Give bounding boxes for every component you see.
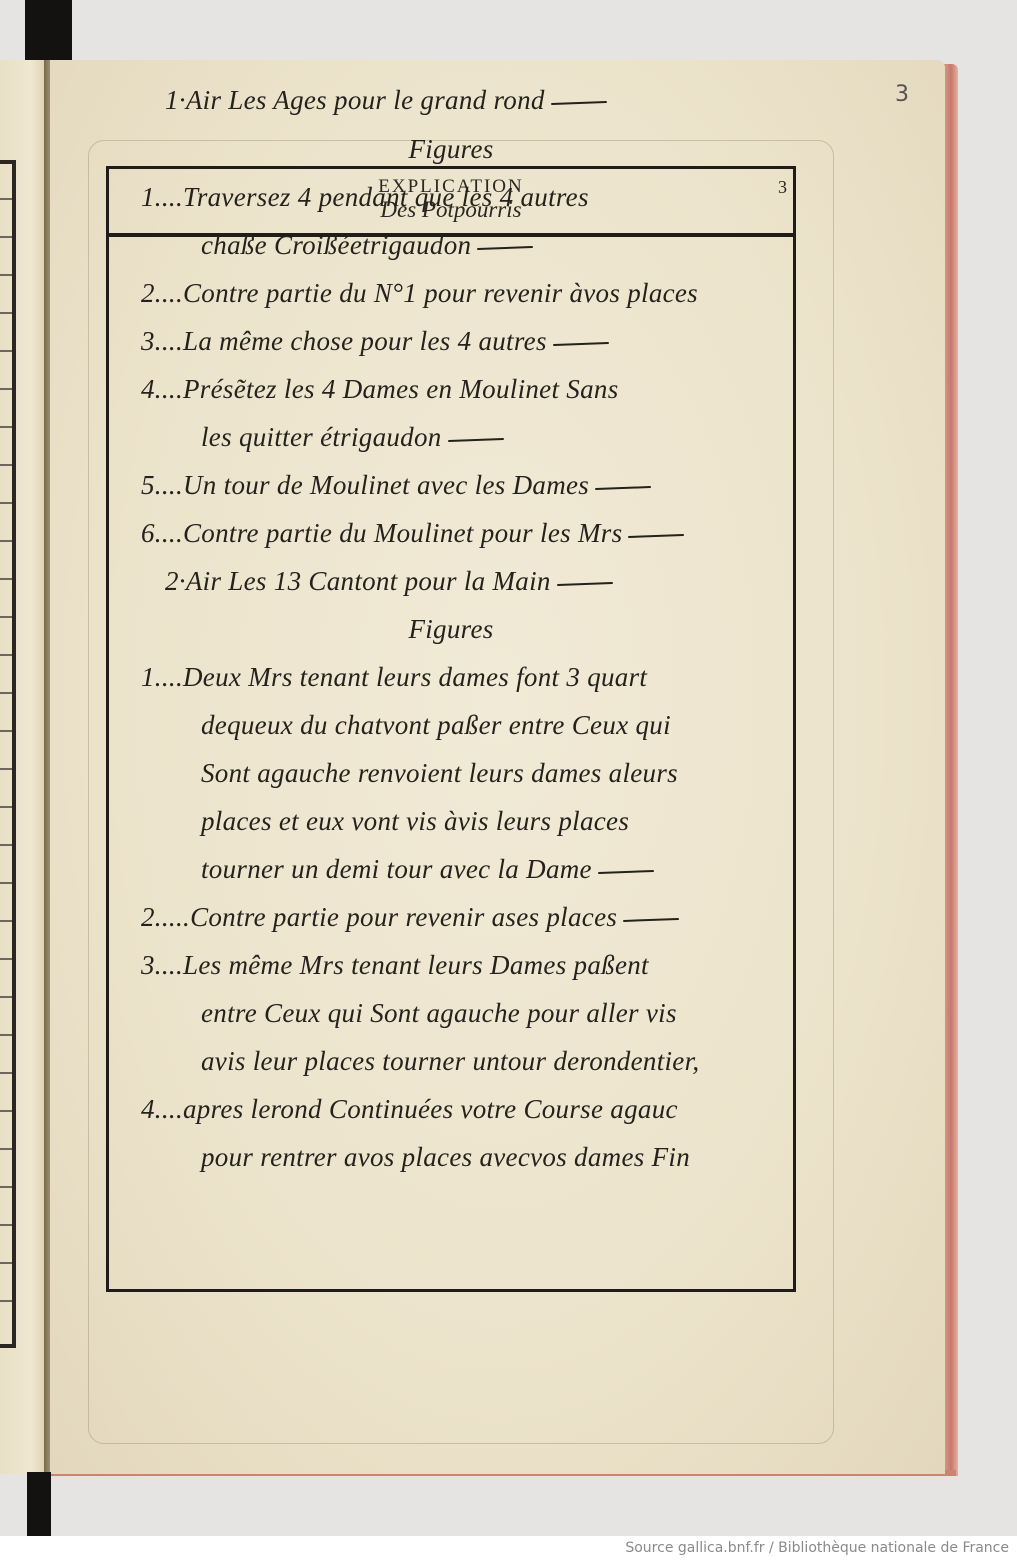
line-number: 2.....: [141, 902, 190, 933]
engraved-frame: EXPLICATION Des Potpourris 3 1·Air Les A…: [106, 166, 796, 1292]
line-number: 3....: [141, 950, 183, 981]
section-heading: Figures: [109, 134, 793, 165]
text-line: 3....Les même Mrs tenant leurs Dames paß…: [141, 950, 649, 981]
text-line: 2.....Contre partie pour revenir ases pl…: [141, 902, 679, 933]
line-number: 1·: [165, 85, 186, 116]
bookmark-ribbon-top: [25, 0, 72, 62]
text-line: pour rentrer avos places avecvos dames F…: [201, 1142, 690, 1173]
text-line: 1·Air Les Ages pour le grand rond: [165, 85, 607, 116]
line-number: 3....: [141, 326, 183, 357]
left-page-fragment: [0, 60, 45, 1474]
line-text: dequeux du chatvont paßer entre Ceux qui: [201, 710, 671, 740]
line-text: pour rentrer avos places avecvos dames F…: [201, 1142, 690, 1172]
plate-body: 1·Air Les Ages pour le grand rondFigures…: [109, 237, 793, 257]
line-text: Traversez 4 pendant que les 4 autres: [183, 182, 589, 212]
line-number: 1....: [141, 662, 183, 693]
text-line: chaße Croißéetrigaudon: [201, 230, 533, 261]
line-text: Figures: [408, 614, 493, 644]
plate-page-number: 3: [778, 177, 787, 198]
line-text: Contre partie pour revenir ases places: [190, 902, 617, 932]
line-text: entre Ceux qui Sont agauche pour aller v…: [201, 998, 677, 1028]
line-text: chaße Croißéetrigaudon: [201, 230, 471, 260]
text-line: 6....Contre partie du Moulinet pour les …: [141, 518, 684, 549]
line-text: tourner un demi tour avec la Dame: [201, 854, 592, 884]
text-line: 1....Deux Mrs tenant leurs dames font 3 …: [141, 662, 647, 693]
line-text: Présẽtez les 4 Dames en Moulinet Sans: [183, 374, 619, 404]
text-line: 5....Un tour de Moulinet avec les Dames: [141, 470, 651, 501]
line-number: 4....: [141, 1094, 183, 1125]
line-text: Air Les Ages pour le grand rond: [186, 85, 545, 115]
text-line: avis leur places tourner untour deronden…: [201, 1046, 699, 1077]
line-number: 2....: [141, 278, 183, 309]
text-line: 4....apres lerond Continuées votre Cours…: [141, 1094, 678, 1125]
line-text: Un tour de Moulinet avec les Dames: [183, 470, 589, 500]
line-number: 5....: [141, 470, 183, 501]
text-line: entre Ceux qui Sont agauche pour aller v…: [201, 998, 677, 1029]
line-number: 2·: [165, 566, 186, 597]
text-line: 2....Contre partie du N°1 pour revenir à…: [141, 278, 698, 309]
footer-bar: Source gallica.bnf.fr / Bibliothèque nat…: [0, 1536, 1017, 1566]
line-text: Sont agauche renvoient leurs dames aleur…: [201, 758, 678, 788]
text-line: tourner un demi tour avec la Dame: [201, 854, 654, 885]
text-line: Sont agauche renvoient leurs dames aleur…: [201, 758, 678, 789]
line-number: 1....: [141, 182, 183, 213]
line-text: les quitter étrigaudon: [201, 422, 442, 452]
text-line: 4....Présẽtez les 4 Dames en Moulinet Sa…: [141, 374, 619, 405]
red-page-edge: [944, 64, 958, 1476]
source-credit: Source gallica.bnf.fr / Bibliothèque nat…: [625, 1540, 1009, 1556]
line-text: apres lerond Continuées votre Course aga…: [183, 1094, 678, 1124]
text-line: 2·Air Les 13 Cantont pour la Main: [165, 566, 613, 597]
line-text: Air Les 13 Cantont pour la Main: [186, 566, 551, 596]
bookmark-ribbon-bottom: [27, 1472, 51, 1536]
section-heading: Figures: [109, 614, 793, 645]
line-text: Les même Mrs tenant leurs Dames paßent: [183, 950, 649, 980]
line-text: places et eux vont vis àvis leurs places: [201, 806, 629, 836]
text-line: 1....Traversez 4 pendant que les 4 autre…: [141, 182, 589, 213]
left-page-music-staff: [0, 180, 12, 1330]
line-text: avis leur places tourner untour deronden…: [201, 1046, 699, 1076]
line-text: Deux Mrs tenant leurs dames font 3 quart: [183, 662, 647, 692]
line-text: Contre partie du Moulinet pour les Mrs: [183, 518, 622, 548]
pencil-folio-number: 3: [895, 82, 909, 107]
text-line: dequeux du chatvont paßer entre Ceux qui: [201, 710, 671, 741]
line-text: Figures: [408, 134, 493, 164]
text-line: les quitter étrigaudon: [201, 422, 504, 453]
line-text: La même chose pour les 4 autres: [183, 326, 547, 356]
line-number: 4....: [141, 374, 183, 405]
text-line: 3....La même chose pour les 4 autres: [141, 326, 609, 357]
line-number: 6....: [141, 518, 183, 549]
text-line: places et eux vont vis àvis leurs places: [201, 806, 629, 837]
line-text: Contre partie du N°1 pour revenir àvos p…: [183, 278, 698, 308]
